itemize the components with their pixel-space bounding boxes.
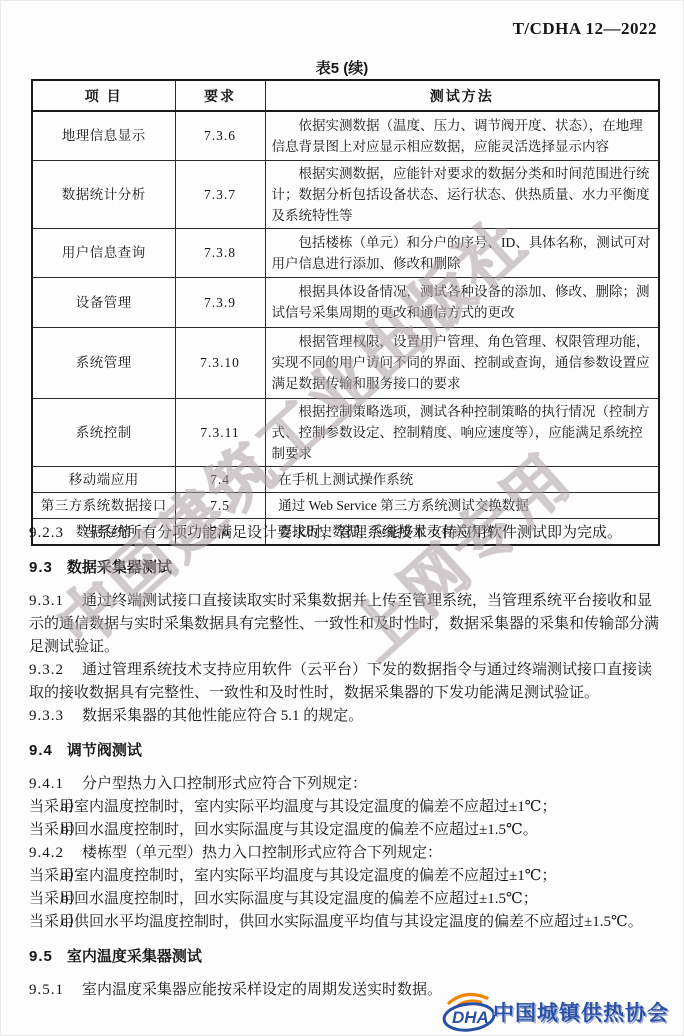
item-cell: 系统管理 [32,327,175,398]
col-header-requirement: 要求 [175,80,265,111]
list-label: a） [61,796,83,819]
method-cell: 在手机上测试操作系统 [265,466,659,492]
cdha-logo-mark: DHA [439,991,499,1033]
requirement-cell: 7.3.9 [175,277,265,327]
item-cell: 数据统计分析 [32,160,175,228]
list-label: b） [61,819,84,842]
logo-abbr-text: DHA [452,1008,489,1027]
body-text: 9.2.3当系统所有分项功能满足设计要求时，管理系统技术支持应用软件测试即为完成… [29,513,659,1002]
item-cell: 移动端应用 [32,466,175,492]
logo-association-name: 中国城镇供热协会 [493,997,669,1027]
requirement-cell: 7.3.6 [175,111,265,160]
clause-number: 9.3.1 [29,593,64,609]
requirement-cell: 7.3.11 [175,398,265,466]
item-cell: 系统控制 [32,398,175,466]
clause-text: 楼栋型（单元型）热力入口控制形式应符合下列规定： [82,845,442,861]
clause-text: 室内温度采集器应能按采样设定的周期发送实时数据。 [82,982,442,998]
table-row: 地理信息显示 7.3.6 依据实测数据（温度、压力、调节阀开度、状态），在地理信… [32,111,659,160]
list-item-b: b）当采用回水温度控制时，回水实际温度与其设定温度的偏差不应超过±1.5℃； [29,888,659,911]
col-header-item: 项 目 [32,80,175,111]
item-cell: 用户信息查询 [32,228,175,277]
clause-text: 当系统所有分项功能满足设计要求时，管理系统技术支持应用软件测试即为完成。 [82,525,622,541]
list-label: b） [61,888,84,911]
cdha-logo: DHA 中国城镇供热协会 [439,991,669,1033]
list-label: a） [61,865,83,888]
requirement-cell: 7.3.7 [175,160,265,228]
clause-number: 9.3 [29,559,53,576]
table-title: 表5 (续) [1,57,683,78]
list-item-b: b）当采用回水温度控制时，回水实际温度与其设定温度的偏差不应超过±1.5℃。 [29,819,659,842]
requirement-cell: 7.3.8 [175,228,265,277]
heading-title: 调节阀测试 [67,742,142,759]
clause-number: 9.5 [29,948,53,965]
method-cell: 依据实测数据（温度、压力、调节阀开度、状态），在地理信息背景图上对应显示相应数据… [265,111,659,160]
clause-number: 9.4.1 [29,776,64,792]
doc-code: T/CDHA 12—2022 [513,19,657,39]
requirement-cell: 7.4 [175,466,265,492]
heading-9-5: 9.5室内温度采集器测试 [29,945,659,968]
method-cell: 根据实测数据，应能针对要求的数据分类和时间范围进行统计；数据分析包括设备状态、运… [265,160,659,228]
paragraph-9-3-3: 9.3.3数据采集器的其他性能应符合 5.1 的规定。 [29,705,659,728]
heading-9-4: 9.4调节阀测试 [29,739,659,762]
item-cell: 地理信息显示 [32,111,175,160]
method-cell: 包括楼栋（单元）和分户的序号、ID、具体名称，测试可对用户信息进行添加、修改和删… [265,228,659,277]
list-text: 当采用回水温度控制时，回水实际温度与其设定温度的偏差不应超过±1.5℃； [29,891,538,907]
spec-table: 项 目 要求 测试方法 地理信息显示 7.3.6 依据实测数据（温度、压力、调节… [31,79,660,546]
table-row: 系统管理 7.3.10 根据管理权限，设置用户管理、角色管理、权限管理功能，实现… [32,327,659,398]
requirement-cell: 7.3.10 [175,327,265,398]
table-header-row: 项 目 要求 测试方法 [32,80,659,111]
method-cell: 根据控制策略选项，测试各种控制策略的执行情况（控制方式、控制参数设定、控制精度、… [265,398,659,466]
paragraph-9-3-1: 9.3.1通过终端测试接口直接读取实时采集数据并上传至管理系统，当管理系统平台接… [29,590,659,659]
clause-text: 通过管理系统技术支持应用软件（云平台）下发的数据指令与通过终端测试接口直接读取的… [29,662,652,701]
paragraph-9-4-2: 9.4.2楼栋型（单元型）热力入口控制形式应符合下列规定： [29,842,659,865]
list-text: 当采用回水温度控制时，回水实际温度与其设定温度的偏差不应超过±1.5℃。 [29,822,538,838]
list-text: 当采用供回水平均温度控制时，供回水实际温度平均值与其设定温度的偏差不应超过±1.… [29,914,643,930]
table-row: 系统控制 7.3.11 根据控制策略选项，测试各种控制策略的执行情况（控制方式、… [32,398,659,466]
table-row: 设备管理 7.3.9 根据具体设备情况，测试各种设备的添加、修改、删除；测试信号… [32,277,659,327]
clause-number: 9.5.1 [29,982,64,998]
clause-number: 9.2.3 [29,525,64,541]
heading-title: 室内温度采集器测试 [67,948,202,965]
document-page: T/CDHA 12—2022 表5 (续) 项 目 要求 测试方法 地理信息显示… [0,0,684,1036]
list-item-c: c）当采用供回水平均温度控制时，供回水实际温度平均值与其设定温度的偏差不应超过±… [29,911,659,934]
list-text: 当采用室内温度控制时，室内实际平均温度与其设定温度的偏差不应超过±1℃； [29,868,557,884]
paragraph-9-2-3: 9.2.3当系统所有分项功能满足设计要求时，管理系统技术支持应用软件测试即为完成… [29,522,659,545]
table-row: 用户信息查询 7.3.8 包括楼栋（单元）和分户的序号、ID、具体名称，测试可对… [32,228,659,277]
table-row: 数据统计分析 7.3.7 根据实测数据，应能针对要求的数据分类和时间范围进行统计… [32,160,659,228]
list-item-a: a）当采用室内温度控制时，室内实际平均温度与其设定温度的偏差不应超过±1℃； [29,865,659,888]
item-cell: 设备管理 [32,277,175,327]
clause-number: 9.4 [29,742,53,759]
clause-text: 通过终端测试接口直接读取实时采集数据并上传至管理系统，当管理系统平台接收和显示的… [29,593,659,655]
method-cell: 根据具体设备情况，测试各种设备的添加、修改、删除；测试信号采集周期的更改和通信方… [265,277,659,327]
heading-9-3: 9.3数据采集器测试 [29,556,659,579]
heading-title: 数据采集器测试 [67,559,172,576]
clause-number: 9.3.2 [29,662,64,678]
list-item-a: a）当采用室内温度控制时，室内实际平均温度与其设定温度的偏差不应超过±1℃； [29,796,659,819]
clause-number: 9.3.3 [29,708,64,724]
table-row: 移动端应用 7.4 在手机上测试操作系统 [32,466,659,492]
clause-text: 分户型热力入口控制形式应符合下列规定： [82,776,367,792]
method-cell: 根据管理权限，设置用户管理、角色管理、权限管理功能，实现不同的用户访问不同的界面… [265,327,659,398]
paragraph-9-3-2: 9.3.2通过管理系统技术支持应用软件（云平台）下发的数据指令与通过终端测试接口… [29,659,659,705]
paragraph-9-4-1: 9.4.1分户型热力入口控制形式应符合下列规定： [29,773,659,796]
list-label: c） [61,911,83,934]
clause-number: 9.4.2 [29,845,64,861]
list-text: 当采用室内温度控制时，室内实际平均温度与其设定温度的偏差不应超过±1℃； [29,799,557,815]
clause-text: 数据采集器的其他性能应符合 5.1 的规定。 [82,708,363,724]
col-header-method: 测试方法 [265,80,659,111]
